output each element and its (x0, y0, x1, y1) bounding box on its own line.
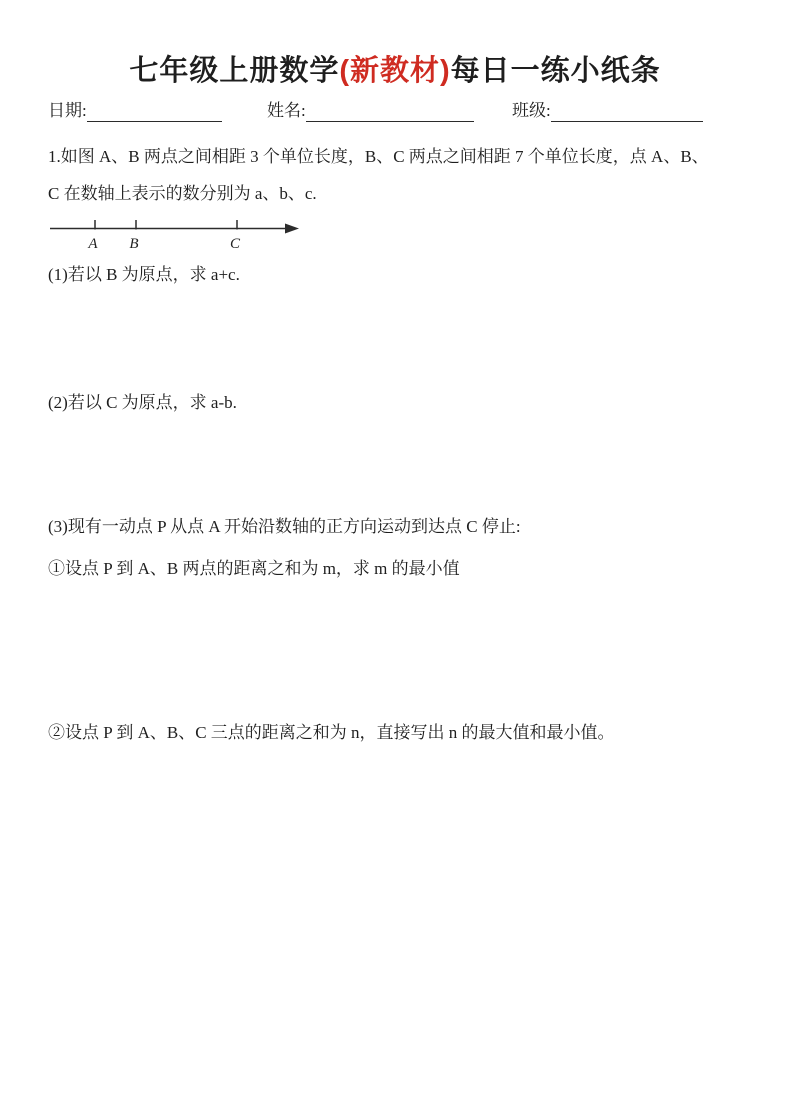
sub-question-1: (1)若以 B 为原点，求 a+c. (48, 263, 240, 286)
arrow-right-icon (285, 224, 299, 234)
name-blank-line (306, 101, 474, 122)
date-field-label: 日期: (48, 100, 87, 122)
name-field-label: 姓名: (267, 100, 306, 122)
problem-statement-line-2: C 在数轴上表示的数分别为 a、b、c. (48, 182, 317, 205)
title-part-2: 每日一练小纸条 (451, 55, 661, 87)
title-part-1: 七年级上册数学 (129, 55, 339, 87)
class-field-label: 班级: (512, 100, 551, 122)
point-label-b: B (129, 236, 138, 252)
class-blank-line (551, 101, 703, 122)
page-title: 七年级上册数学(新教材)每日一练小纸条 (0, 48, 790, 89)
sub-question-3-part-1: ①设点 P 到 A、B 两点的距离之和为 m，求 m 的最小值 (48, 557, 460, 580)
class-field: 班级: (512, 100, 703, 122)
worksheet-page: 七年级上册数学(新教材)每日一练小纸条 日期: 姓名: 班级: 1.如图 A、B… (0, 0, 790, 1118)
point-label-c: C (230, 236, 241, 252)
sub-question-2: (2)若以 C 为原点，求 a-b. (48, 391, 237, 414)
sub-question-3-part-2: ②设点 P 到 A、B、C 三点的距离之和为 n，直接写出 n 的最大值和最小值… (48, 721, 615, 744)
title-highlight: (新教材) (339, 55, 450, 87)
problem-statement-line-1: 1.如图 A、B 两点之间相距 3 个单位长度，B、C 两点之间相距 7 个单位… (48, 145, 709, 168)
sub-question-3: (3)现有一动点 P 从点 A 开始沿数轴的正方向运动到达点 C 停止: (48, 515, 521, 538)
point-label-a: A (87, 236, 98, 252)
date-field: 日期: (48, 100, 222, 122)
number-line-figure: A B C (46, 214, 308, 256)
date-blank-line (87, 101, 222, 122)
name-field: 姓名: (267, 100, 474, 122)
